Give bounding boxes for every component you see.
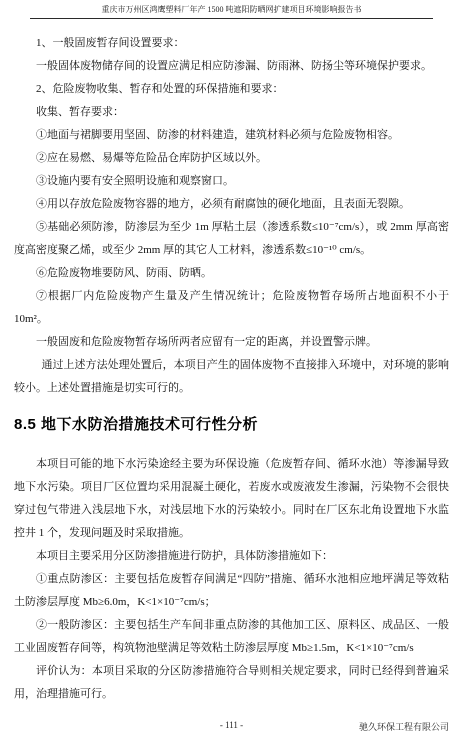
paragraph: 本项目可能的地下水污染途经主要为环保设施（危废暂存间、循环水池）等渗漏导致地下水…	[14, 453, 449, 545]
paragraph: ⑤基础必须防渗，防渗层为至少 1m 厚粘土层（渗透系数≤10⁻⁷cm/s），或 …	[14, 216, 449, 262]
paragraph: 本项目主要采用分区防渗措施进行防护，具体防渗措施如下：	[14, 545, 449, 568]
paragraph: ①地面与裙脚要用坚固、防渗的材料建造，建筑材料必须与危险废物相容。	[14, 124, 449, 147]
paragraph: 评价认为：本项目采取的分区防渗措施符合导则相关规定要求，同时已经得到普遍采用，治…	[14, 660, 449, 706]
page-footer: - 111 - 驰久环保工程有限公司	[0, 720, 463, 733]
paragraph: ①重点防渗区：主要包括危废暂存间满足“四防”措施、循环水池相应地坪满足等效粘土防…	[14, 568, 449, 614]
paragraph: 2、危险废物收集、暂存和处置的环保措施和要求：	[14, 78, 449, 101]
page-header: 重庆市万州区鸿鹰塑料厂年产 1500 吨遮阳防晒网扩建项目环境影响报告书	[30, 0, 433, 19]
section-heading: 8.5 地下水防治措施技术可行性分析	[14, 413, 449, 434]
paragraph: ⑥危险废物堆要防风、防雨、防晒。	[14, 262, 449, 285]
paragraph: ⑦根据厂内危险废物产生量及产生情况统计；危险废物暂存场所占地面积不小于10m²。	[14, 285, 449, 331]
paragraph: 通过上述方法处理处置后，本项目产生的固体废物不直接排入环境中，对环境的影响较小。…	[14, 354, 449, 400]
document-page: 重庆市万州区鸿鹰塑料厂年产 1500 吨遮阳防晒网扩建项目环境影响报告书 1、一…	[0, 0, 463, 740]
paragraph: ②应在易燃、易爆等危险品仓库防护区域以外。	[14, 147, 449, 170]
paragraph: 收集、暂存要求：	[14, 101, 449, 124]
header-running-title: 重庆市万州区鸿鹰塑料厂年产 1500 吨遮阳防晒网扩建项目环境影响报告书	[30, 4, 433, 15]
paragraph: 1、一般固废暂存间设置要求：	[14, 32, 449, 55]
paragraph: ③设施内要有安全照明设施和观察窗口。	[14, 170, 449, 193]
paragraph: 一般固体废物储存间的设置应满足相应防渗漏、防雨淋、防扬尘等环境保护要求。	[14, 55, 449, 78]
document-body: 1、一般固废暂存间设置要求： 一般固体废物储存间的设置应满足相应防渗漏、防雨淋、…	[0, 19, 463, 706]
paragraph: 一般固废和危险废物暂存场所两者应留有一定的距离，并设置警示牌。	[14, 331, 449, 354]
footer-company: 驰久环保工程有限公司	[359, 720, 449, 733]
paragraph: ②一般防渗区：主要包括生产车间非重点防渗的其他加工区、原料区、成品区、一般工业固…	[14, 614, 449, 660]
paragraph: ④用以存放危险废物容器的地方，必须有耐腐蚀的硬化地面，且表面无裂隙。	[14, 193, 449, 216]
